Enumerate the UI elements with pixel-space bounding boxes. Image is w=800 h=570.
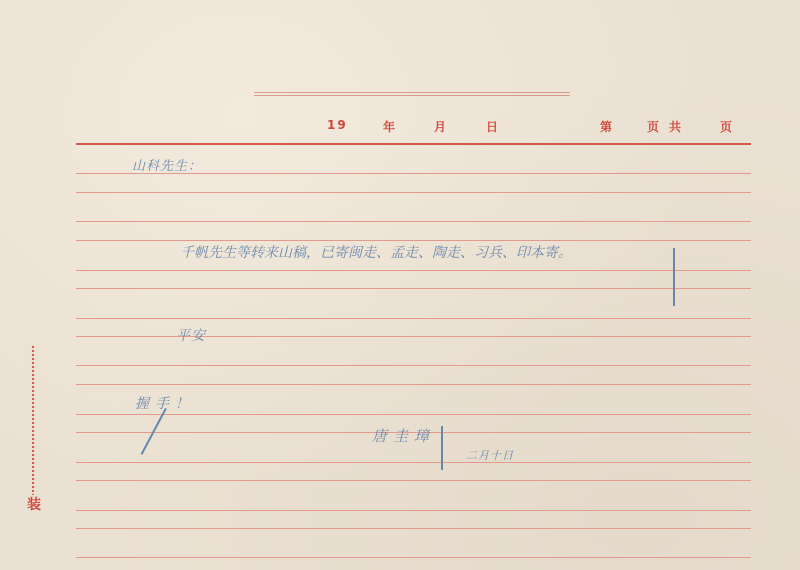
ruled-line — [76, 414, 751, 415]
ruled-line — [76, 221, 751, 222]
letter-date: 二月十日 — [466, 447, 514, 463]
binding-label: 装 — [27, 494, 41, 514]
ruled-line — [76, 510, 751, 511]
ruled-line — [76, 384, 751, 385]
ruled-line — [76, 462, 751, 463]
ruled-line — [76, 480, 751, 481]
pen-stroke — [441, 426, 443, 470]
letter-paper: 19 年 月 日 第 页共 页 装 山科先生： 千帆先生等转来山稿，已寄闽走、孟… — [0, 0, 800, 570]
year-label: 年 — [383, 118, 397, 135]
ruled-line — [76, 557, 751, 558]
ruled-line — [76, 318, 751, 319]
closing-wish: 平安 — [176, 325, 206, 345]
body-line-1: 千帆先生等转来山稿，已寄闽走、孟走、陶走、习兵、印本寄。 — [180, 242, 572, 262]
year-prefix: 19 — [327, 118, 348, 132]
day-label: 日 — [486, 118, 500, 135]
signature: 唐圭璋 — [372, 425, 435, 446]
page-label-ye-gong: 页共 — [647, 118, 691, 135]
ruled-line — [76, 240, 751, 241]
month-label: 月 — [434, 118, 448, 135]
ruled-line — [76, 365, 751, 366]
page-label-ye: 页 — [720, 118, 734, 135]
title-rule-bottom — [254, 95, 570, 96]
pen-stroke — [673, 248, 675, 306]
page-label-di: 第 — [600, 118, 614, 135]
title-rule-top — [254, 92, 570, 93]
ruled-line — [76, 270, 751, 271]
header-rule — [76, 143, 751, 145]
salutation: 山科先生： — [132, 155, 202, 174]
binding-dotted-line — [31, 345, 35, 495]
ruled-line — [76, 288, 751, 289]
ruled-line — [76, 528, 751, 529]
ruled-line — [76, 192, 751, 193]
